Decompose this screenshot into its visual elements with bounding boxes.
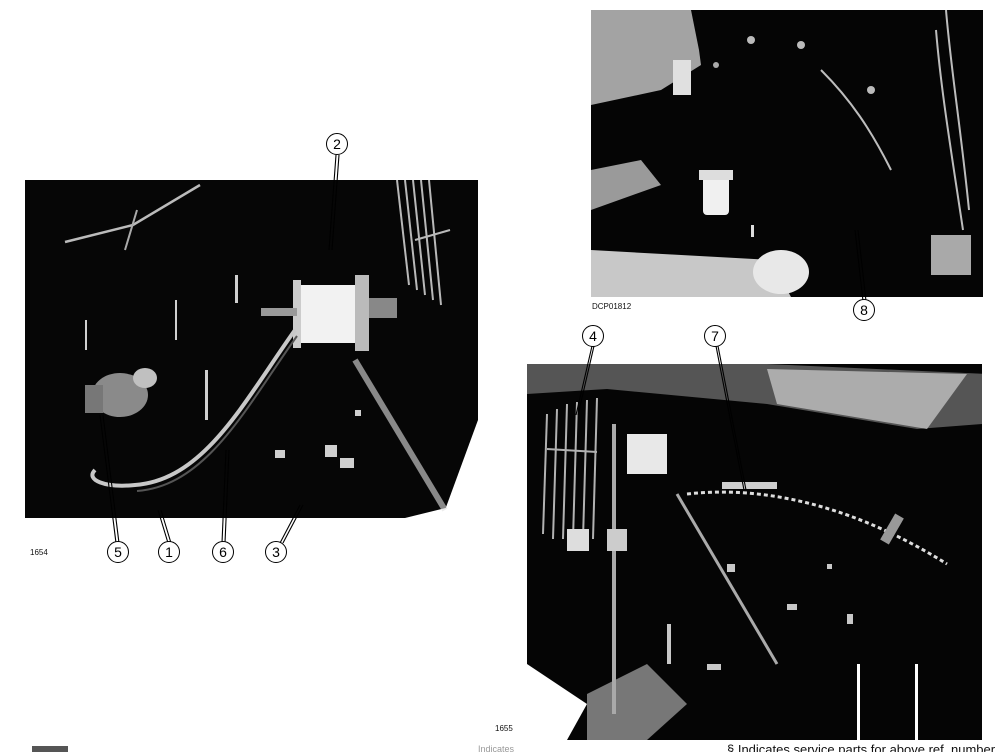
figure-label-1655: 1655 bbox=[495, 724, 513, 733]
callout-2: 2 bbox=[326, 133, 348, 155]
engine-photo-left bbox=[25, 180, 478, 518]
engine-photo-top-right bbox=[591, 10, 983, 297]
callout-4: 4 bbox=[582, 325, 604, 347]
figure-photo-left bbox=[25, 180, 478, 518]
callout-6: 6 bbox=[212, 541, 234, 563]
callout-1: 1 bbox=[158, 541, 180, 563]
figure-photo-top-right bbox=[591, 10, 983, 297]
figure-photo-bottom-right bbox=[527, 364, 982, 740]
callout-7: 7 bbox=[704, 325, 726, 347]
footer-legend-mark bbox=[32, 746, 68, 752]
footer-faint-text: Indicates bbox=[478, 744, 514, 752]
figure-label-dcp01812: DCP01812 bbox=[592, 302, 631, 311]
figure-label-1654: 1654 bbox=[30, 548, 48, 557]
callout-5: 5 bbox=[107, 541, 129, 563]
engine-photo-bottom-right bbox=[527, 364, 982, 740]
footer-service-parts-note: § Indicates service parts for above ref.… bbox=[727, 742, 995, 752]
callout-3: 3 bbox=[265, 541, 287, 563]
callout-8: 8 bbox=[853, 299, 875, 321]
